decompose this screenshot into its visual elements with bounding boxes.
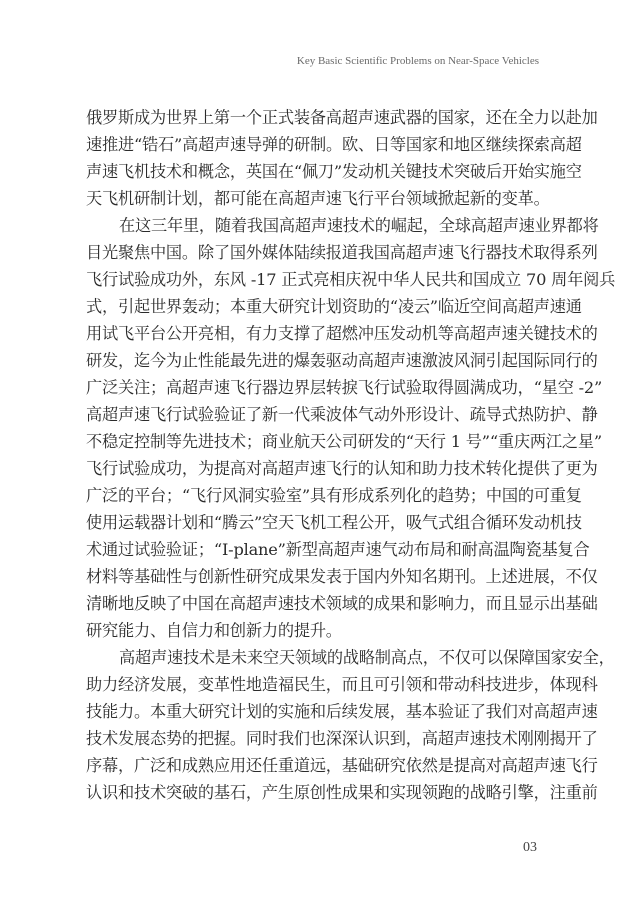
text-line: 飞行试验成功外，东风 -17 正式亮相庆祝中华人民共和国成立 70 周年阅兵: [86, 266, 538, 293]
paragraph: 高超声速技术是未来空天领域的战略制高点，不仅可以保障国家安全， 助力经济发展，变…: [86, 644, 538, 806]
text-line: 广泛的平台；“飞行风洞实验室”具有形成系列化的趋势；中国的可重复: [86, 482, 538, 509]
text-line: 使用运载器计划和“腾云”空天飞机工程公开，吸气式组合循环发动机技: [86, 509, 538, 536]
text-line: 在这三年里，随着我国高超声速技术的崛起，全球高超声速业界都将: [86, 212, 538, 239]
text-line: 广泛关注；高超声速飞行器边界层转捩飞行试验取得圆满成功，“星空 -2”: [86, 374, 538, 401]
text-line: 研究能力、自信力和创新力的提升。: [86, 617, 538, 644]
text-line: 不稳定控制等先进技术；商业航天公司研发的“天行 1 号”“重庆两江之星”: [86, 428, 538, 455]
text-line: 高超声速飞行试验验证了新一代乘波体气动外形设计、疏导式热防护、静: [86, 401, 538, 428]
text-line: 研发，迄今为止性能最先进的爆轰驱动高超声速激波风洞引起国际同行的: [86, 347, 538, 374]
running-header: Key Basic Scientific Problems on Near-Sp…: [297, 55, 539, 67]
text-line: 天飞机研制计划，都可能在高超声速飞行平台领域掀起新的变革。: [86, 185, 538, 212]
text-line: 式，引起世界轰动；本重大研究计划资助的“凌云”临近空间高超声速通: [86, 293, 538, 320]
body-text: 俄罗斯成为世界上第一个正式装备高超声速武器的国家，还在全力以赴加 速推进“锆石”…: [86, 104, 538, 806]
text-line: 飞行试验成功，为提高对高超声速飞行的认知和助力技术转化提供了更为: [86, 455, 538, 482]
text-line: 术通过试验验证；“I-plane”新型高超声速气动布局和耐高温陶瓷基复合: [86, 536, 538, 563]
text-line: 技能力。本重大研究计划的实施和后续发展，基本验证了我们对高超声速: [86, 698, 538, 725]
text-line: 助力经济发展，变革性地造福民生，而且可引领和带动科技进步，体现科: [86, 671, 538, 698]
text-line: 高超声速技术是未来空天领域的战略制高点，不仅可以保障国家安全，: [86, 644, 538, 671]
text-line: 材料等基础性与创新性研究成果发表于国内外知名期刊。上述进展，不仅: [86, 563, 538, 590]
text-line: 声速飞机技术和概念，英国在“佩刀”发动机关键技术突破后开始实施空: [86, 158, 538, 185]
text-line: 序幕，广泛和成熟应用还任重道远，基础研究依然是提高对高超声速飞行: [86, 752, 538, 779]
text-line: 俄罗斯成为世界上第一个正式装备高超声速武器的国家，还在全力以赴加: [86, 104, 538, 131]
text-line: 认识和技术突破的基石，产生原创性成果和实现领跑的战略引擎，注重前: [86, 779, 538, 806]
paragraph: 俄罗斯成为世界上第一个正式装备高超声速武器的国家，还在全力以赴加 速推进“锆石”…: [86, 104, 538, 212]
page-number: 03: [523, 840, 537, 856]
paragraph: 在这三年里，随着我国高超声速技术的崛起，全球高超声速业界都将 目光聚焦中国。除了…: [86, 212, 538, 644]
text-line: 清晰地反映了中国在高超声速技术领域的成果和影响力，而且显示出基础: [86, 590, 538, 617]
text-line: 目光聚焦中国。除了国外媒体陆续报道我国高超声速飞行器技术取得系列: [86, 239, 538, 266]
text-line: 用试飞平台公开亮相，有力支撑了超燃冲压发动机等高超声速关键技术的: [86, 320, 538, 347]
text-line: 速推进“锆石”高超声速导弹的研制。欧、日等国家和地区继续探索高超: [86, 131, 538, 158]
text-line: 技术发展态势的把握。同时我们也深深认识到，高超声速技术刚刚揭开了: [86, 725, 538, 752]
